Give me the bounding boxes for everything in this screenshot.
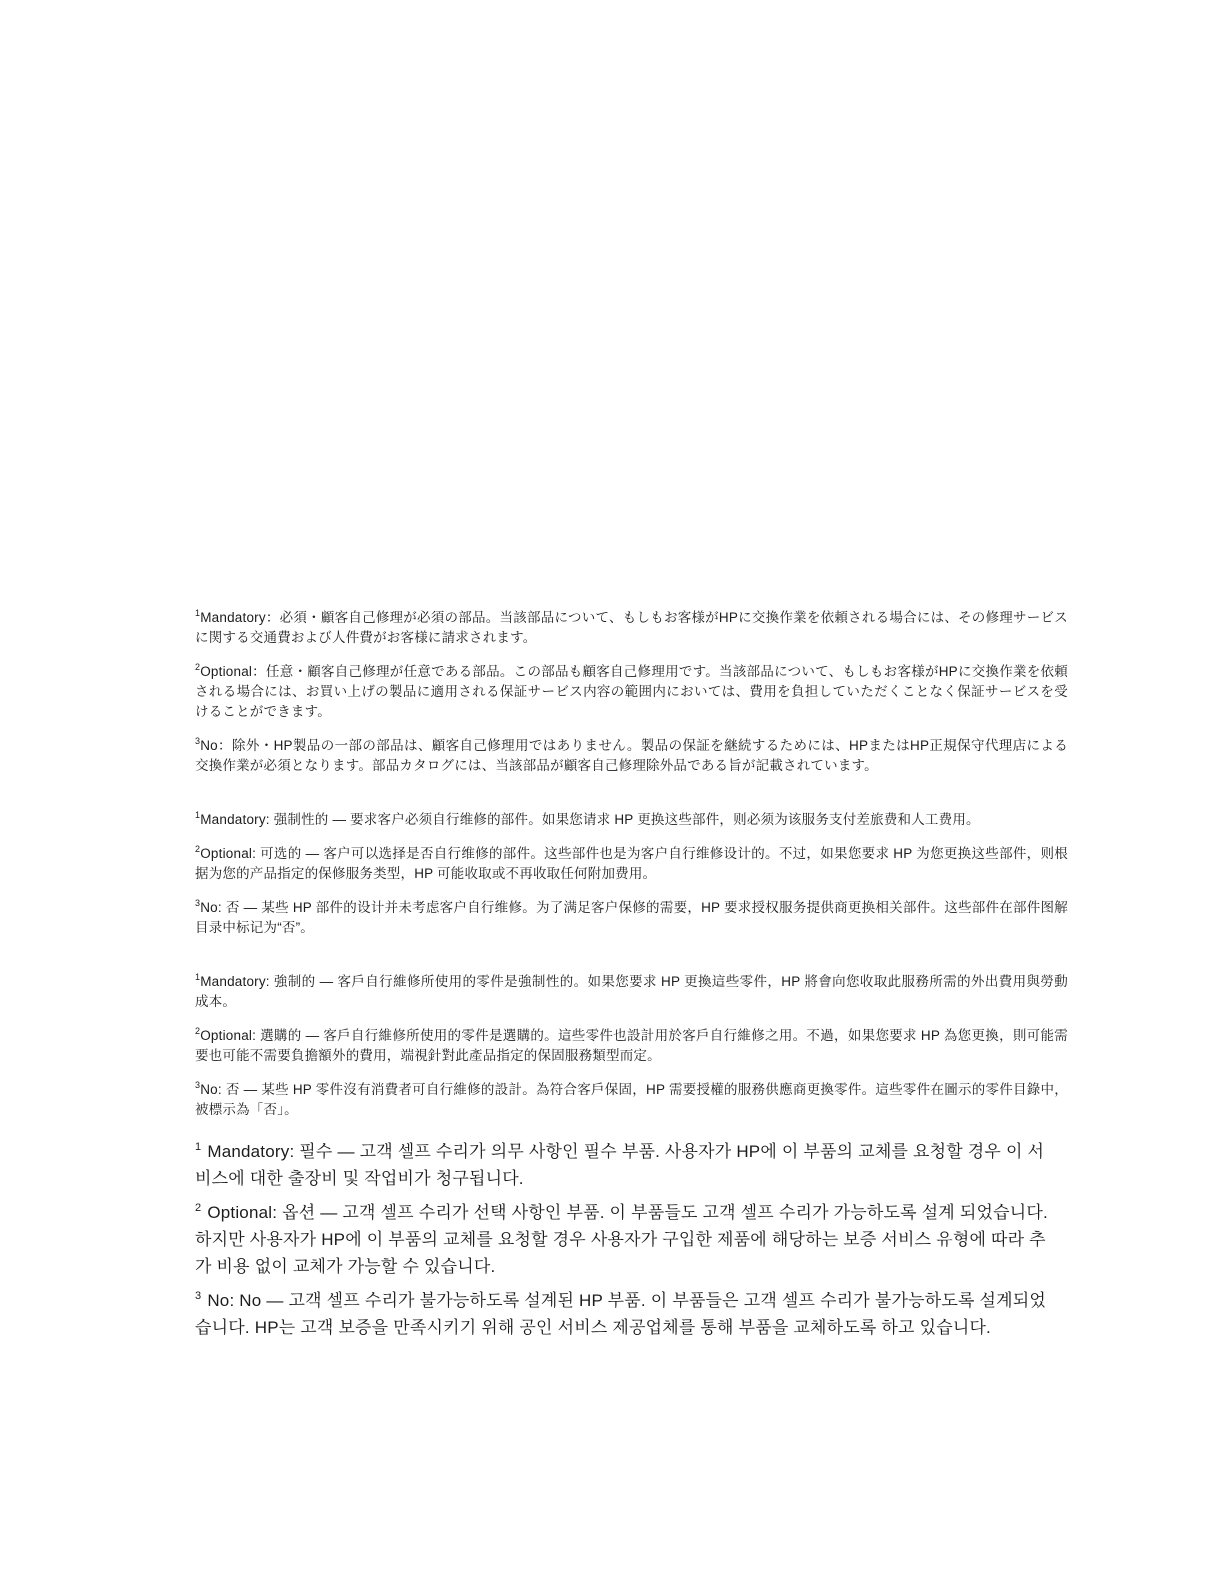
- zh-cn-footnote-optional: 2Optional: 可选的 — 客户可以选择是否自行维修的部件。这些部件也是为…: [195, 844, 1068, 884]
- ko-footnote-optional-text: Optional: 옵션 — 고객 셀프 수리가 선택 사항인 부품. 이 부품…: [195, 1203, 1048, 1276]
- footnote-superscript-3: 3: [195, 1290, 201, 1302]
- zh-tw-footnote-no-text: No: 否 — 某些 HP 零件沒有消費者可自行維修的設計。為符合客戶保固，HP…: [195, 1082, 1068, 1117]
- document-page: 1Mandatory：必須・顧客自己修理が必須の部品。当該部品について、もしもお…: [0, 0, 1224, 1584]
- ja-footnote-mandatory: 1Mandatory：必須・顧客自己修理が必須の部品。当該部品について、もしもお…: [195, 608, 1068, 648]
- zh-cn-footnote-optional-text: Optional: 可选的 — 客户可以选择是否自行维修的部件。这些部件也是为客…: [195, 846, 1068, 881]
- ko-footnote-optional: 2Optional: 옵션 — 고객 셀프 수리가 선택 사항인 부품. 이 부…: [195, 1199, 1055, 1280]
- ja-footnote-optional-text: Optional：任意・顧客自己修理が任意である部品。この部品も顧客自己修理用で…: [195, 664, 1068, 719]
- ko-footnote-no: 3No: No — 고객 셀프 수리가 불가능하도록 설계된 HP 부품. 이 …: [195, 1287, 1055, 1341]
- simplified-chinese-footnotes-section: 1Mandatory: 强制性的 — 要求客户必须自行维修的部件。如果您请求 H…: [195, 810, 1068, 938]
- footnote-superscript-1: 1: [195, 1141, 201, 1153]
- zh-cn-footnote-no-text: No: 否 — 某些 HP 部件的设计并未考虑客户自行维修。为了满足客户保修的需…: [195, 900, 1068, 935]
- zh-tw-footnote-mandatory-text: Mandatory: 強制的 — 客戶自行維修所使用的零件是強制性的。如果您要求…: [195, 974, 1068, 1009]
- ja-footnote-mandatory-text: Mandatory：必須・顧客自己修理が必須の部品。当該部品について、もしもお客…: [195, 610, 1068, 645]
- ja-footnote-no-text: No：除外・HP製品の一部の部品は、顧客自己修理用ではありません。製品の保証を継…: [195, 738, 1068, 773]
- footnotes-content: 1Mandatory：必須・顧客自己修理が必須の部品。当該部品について、もしもお…: [195, 608, 1068, 1341]
- zh-tw-footnote-mandatory: 1Mandatory: 強制的 — 客戶自行維修所使用的零件是強制性的。如果您要…: [195, 972, 1068, 1012]
- zh-cn-footnote-mandatory: 1Mandatory: 强制性的 — 要求客户必须自行维修的部件。如果您请求 H…: [195, 810, 1068, 830]
- traditional-chinese-footnotes-section: 1Mandatory: 強制的 — 客戶自行維修所使用的零件是強制性的。如果您要…: [195, 972, 1068, 1120]
- zh-cn-footnote-no: 3No: 否 — 某些 HP 部件的设计并未考虑客户自行维修。为了满足客户保修的…: [195, 898, 1068, 938]
- ja-footnote-optional: 2Optional：任意・顧客自己修理が任意である部品。この部品も顧客自己修理用…: [195, 662, 1068, 722]
- zh-tw-footnote-no: 3No: 否 — 某些 HP 零件沒有消費者可自行維修的設計。為符合客戶保固，H…: [195, 1080, 1068, 1120]
- ko-footnote-no-text: No: No — 고객 셀프 수리가 불가능하도록 설계된 HP 부품. 이 부…: [195, 1291, 1046, 1337]
- ko-footnote-mandatory-text: Mandatory: 필수 — 고객 셀프 수리가 의무 사항인 필수 부품. …: [195, 1142, 1044, 1188]
- japanese-footnotes-section: 1Mandatory：必須・顧客自己修理が必須の部品。当該部品について、もしもお…: [195, 608, 1068, 776]
- ja-footnote-no: 3No：除外・HP製品の一部の部品は、顧客自己修理用ではありません。製品の保証を…: [195, 736, 1068, 776]
- zh-tw-footnote-optional-text: Optional: 選購的 — 客戶自行維修所使用的零件是選購的。這些零件也設計…: [195, 1028, 1068, 1063]
- korean-footnotes-section: 1Mandatory: 필수 — 고객 셀프 수리가 의무 사항인 필수 부품.…: [195, 1138, 1068, 1341]
- footnote-superscript-2: 2: [195, 1202, 201, 1214]
- zh-cn-footnote-mandatory-text: Mandatory: 强制性的 — 要求客户必须自行维修的部件。如果您请求 HP…: [200, 812, 980, 827]
- ko-footnote-mandatory: 1Mandatory: 필수 — 고객 셀프 수리가 의무 사항인 필수 부품.…: [195, 1138, 1055, 1192]
- zh-tw-footnote-optional: 2Optional: 選購的 — 客戶自行維修所使用的零件是選購的。這些零件也設…: [195, 1026, 1068, 1066]
